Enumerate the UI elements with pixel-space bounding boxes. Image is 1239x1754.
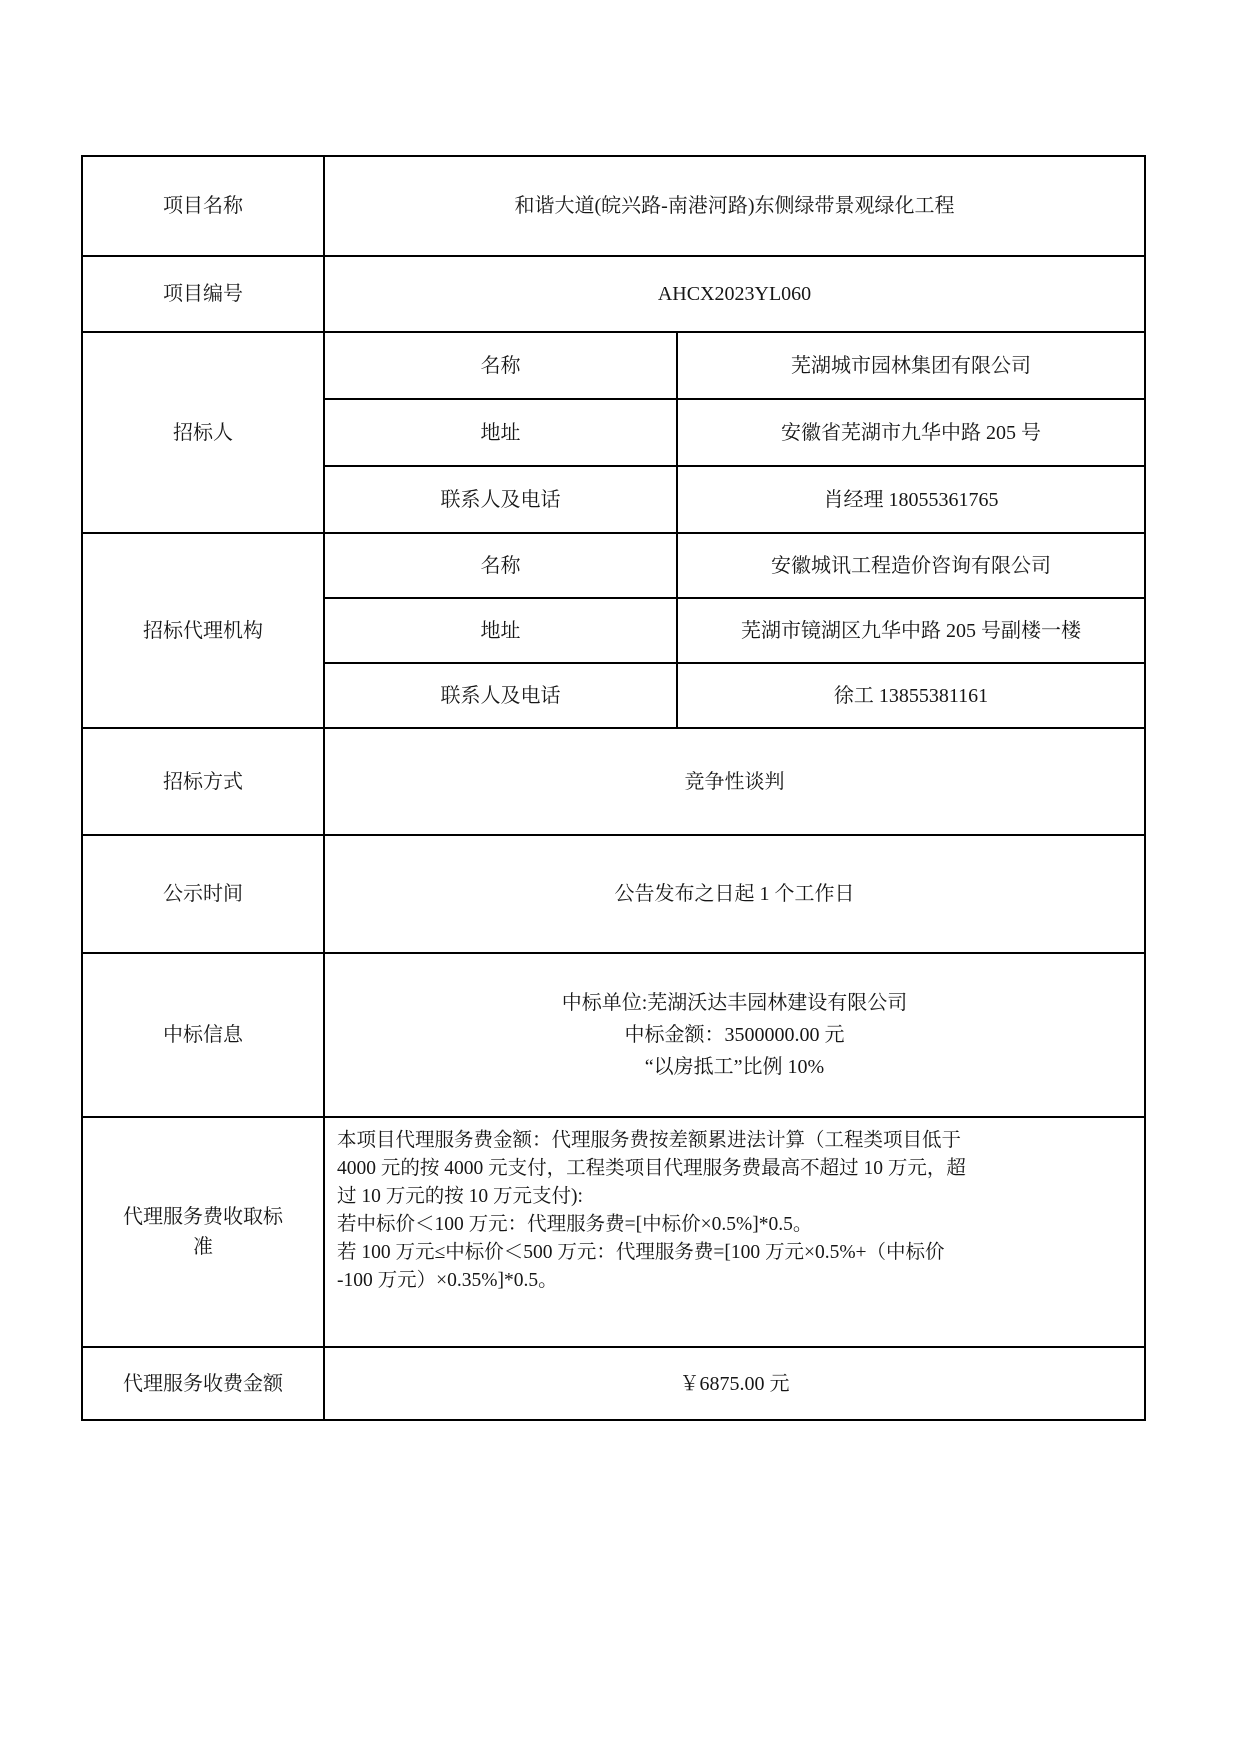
row-agency-name: 招标代理机构 名称 安徽城讯工程造价咨询有限公司 — [82, 533, 1145, 598]
tenderer-address-label: 地址 — [324, 399, 677, 466]
tenderer-contact-value: 肖经理 18055361765 — [677, 466, 1145, 533]
tenderer-address-value: 安徽省芜湖市九华中路 205 号 — [677, 399, 1145, 466]
agency-name-value: 安徽城讯工程造价咨询有限公司 — [677, 533, 1145, 598]
row-publicity: 公示时间 公告发布之日起 1 个工作日 — [82, 835, 1145, 953]
document-page: 项目名称 和谐大道(皖兴路-南港河路)东侧绿带景观绿化工程 项目编号 AHCX2… — [0, 0, 1239, 1754]
tenderer-label: 招标人 — [82, 332, 324, 533]
tenderer-name-label: 名称 — [324, 332, 677, 399]
agency-label: 招标代理机构 — [82, 533, 324, 728]
agency-name-label: 名称 — [324, 533, 677, 598]
award-info-value: 中标单位:芜湖沃达丰园林建设有限公司 中标金额：3500000.00 元 “以房… — [324, 953, 1145, 1117]
publicity-label: 公示时间 — [82, 835, 324, 953]
project-name-value: 和谐大道(皖兴路-南港河路)东侧绿带景观绿化工程 — [324, 156, 1145, 256]
row-project-name: 项目名称 和谐大道(皖兴路-南港河路)东侧绿带景观绿化工程 — [82, 156, 1145, 256]
tender-result-table: 项目名称 和谐大道(皖兴路-南港河路)东侧绿带景观绿化工程 项目编号 AHCX2… — [81, 155, 1146, 1421]
agency-contact-label: 联系人及电话 — [324, 663, 677, 728]
award-info-label: 中标信息 — [82, 953, 324, 1117]
row-award-info: 中标信息 中标单位:芜湖沃达丰园林建设有限公司 中标金额：3500000.00 … — [82, 953, 1145, 1117]
agency-address-value: 芜湖市镜湖区九华中路 205 号副楼一楼 — [677, 598, 1145, 663]
row-project-code: 项目编号 AHCX2023YL060 — [82, 256, 1145, 332]
fee-standard-value: 本项目代理服务费金额：代理服务费按差额累进法计算（工程类项目低于 4000 元的… — [324, 1117, 1145, 1347]
method-value: 竞争性谈判 — [324, 728, 1145, 835]
project-code-label: 项目编号 — [82, 256, 324, 332]
fee-amount-label: 代理服务收费金额 — [82, 1347, 324, 1420]
fee-standard-label: 代理服务费收取标 准 — [82, 1117, 324, 1347]
row-tenderer-name: 招标人 名称 芜湖城市园林集团有限公司 — [82, 332, 1145, 399]
tenderer-name-value: 芜湖城市园林集团有限公司 — [677, 332, 1145, 399]
row-method: 招标方式 竞争性谈判 — [82, 728, 1145, 835]
row-fee-standard: 代理服务费收取标 准 本项目代理服务费金额：代理服务费按差额累进法计算（工程类项… — [82, 1117, 1145, 1347]
agency-contact-value: 徐工 13855381161 — [677, 663, 1145, 728]
project-name-label: 项目名称 — [82, 156, 324, 256]
project-code-value: AHCX2023YL060 — [324, 256, 1145, 332]
publicity-value: 公告发布之日起 1 个工作日 — [324, 835, 1145, 953]
method-label: 招标方式 — [82, 728, 324, 835]
fee-amount-value: ￥6875.00 元 — [324, 1347, 1145, 1420]
row-fee-amount: 代理服务收费金额 ￥6875.00 元 — [82, 1347, 1145, 1420]
agency-address-label: 地址 — [324, 598, 677, 663]
tenderer-contact-label: 联系人及电话 — [324, 466, 677, 533]
